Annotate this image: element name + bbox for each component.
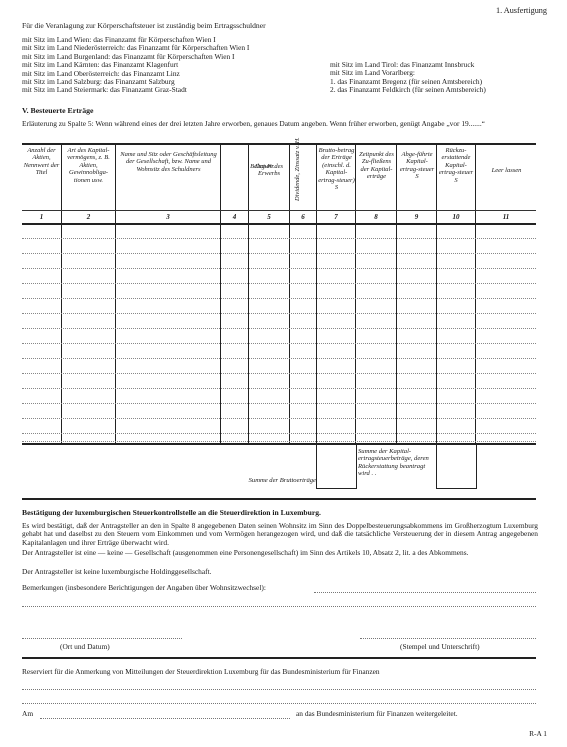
column-divider bbox=[248, 144, 249, 444]
am-label: Am bbox=[22, 710, 33, 719]
confirmation-paragraph-2: Der Antragsteller ist eine — keine — Ges… bbox=[22, 549, 538, 557]
column-header-3: Name und Sitz oder Geschäftsleitung der … bbox=[118, 151, 219, 173]
column-header-1: Anzahl der Aktien, Nennwert der Titel bbox=[22, 147, 61, 177]
sum-gross-field[interactable] bbox=[316, 444, 357, 489]
form-code: R-A 1 bbox=[529, 730, 547, 739]
table-row[interactable] bbox=[22, 418, 536, 419]
table-row[interactable] bbox=[22, 403, 536, 404]
column-number: 11 bbox=[476, 213, 536, 221]
column-header-2: Art des Kapital-vermögens, z. B. Aktien,… bbox=[62, 147, 115, 184]
column-divider bbox=[396, 144, 397, 444]
office-item: 2. das Finanzamt Feldkirch (für seinen A… bbox=[330, 86, 486, 94]
table-row[interactable] bbox=[22, 388, 536, 389]
table-row[interactable] bbox=[22, 433, 536, 434]
column-number: 3 bbox=[116, 213, 220, 221]
sum-gross-label: Summe der Bruttoerträge bbox=[218, 477, 320, 484]
table-top-border bbox=[22, 143, 536, 145]
sum-tax-field[interactable] bbox=[436, 444, 477, 489]
remarks-input-line[interactable] bbox=[314, 592, 536, 593]
intro-text: Für die Veranlagung zur Körperschaftsteu… bbox=[22, 22, 266, 31]
number-row-separator bbox=[22, 223, 536, 225]
table-row[interactable] bbox=[22, 313, 536, 314]
column-header-11: Leer lassen bbox=[477, 167, 536, 174]
header-separator bbox=[22, 210, 536, 211]
column-header-6: Dividende, Zinssatz v. H. bbox=[294, 147, 301, 201]
table-row[interactable] bbox=[22, 268, 536, 269]
column-header-9: Abge-führte Kapital-ertrag-steuer S bbox=[398, 151, 436, 181]
place-date-caption: (Ort und Datum) bbox=[60, 643, 110, 652]
table-row[interactable] bbox=[22, 343, 536, 344]
table-row[interactable] bbox=[22, 328, 536, 329]
column-number: 5 bbox=[249, 213, 289, 221]
column-divider bbox=[115, 144, 116, 444]
column-number: 6 bbox=[290, 213, 316, 221]
column-header-7: Brutto-betrag der Erträge (einschl. d. K… bbox=[318, 147, 355, 191]
office-list-right: mit Sitz im Land Tirol: das Finanzamt In… bbox=[330, 61, 486, 95]
table-bottom-border bbox=[22, 498, 536, 500]
remarks-label: Bemerkungen (insbesondere Berichtigungen… bbox=[22, 584, 266, 593]
confirmation-title: Bestätigung der luxemburgischen Steuerko… bbox=[22, 509, 321, 518]
reserved-label: Reserviert für die Anmerkung von Mitteil… bbox=[22, 668, 538, 676]
section-separator bbox=[22, 657, 536, 659]
office-list-left: mit Sitz im Land Wien: das Finanzamt für… bbox=[22, 36, 249, 95]
stamp-caption: (Stempel und Unterschrift) bbox=[400, 643, 480, 652]
confirmation-paragraph-1: Es wird bestätigt, daß der Antragsteller… bbox=[22, 522, 538, 547]
column-divider bbox=[436, 144, 437, 444]
column-number: 8 bbox=[356, 213, 396, 221]
column-divider bbox=[475, 144, 476, 444]
column-number: 9 bbox=[397, 213, 436, 221]
office-item: mit Sitz im Land Steiermark: das Finanza… bbox=[22, 86, 249, 94]
table-row[interactable] bbox=[22, 238, 536, 239]
table-row[interactable] bbox=[22, 358, 536, 359]
reserved-input-line-2[interactable] bbox=[22, 703, 536, 704]
forwarded-text: an das Bundesministerium für Finanzen we… bbox=[296, 710, 458, 719]
place-date-input-line[interactable] bbox=[22, 638, 182, 639]
table-row[interactable] bbox=[22, 373, 536, 374]
confirmation-paragraph-3: Der Antragsteller ist keine luxemburgisc… bbox=[22, 568, 538, 576]
section-title: V. Besteuerte Erträge bbox=[22, 107, 94, 116]
table-row[interactable] bbox=[22, 283, 536, 284]
column-header-8: Zeitpunkt des Zu-fließens der Kapital-er… bbox=[357, 151, 396, 181]
column-number: 10 bbox=[437, 213, 475, 221]
table-row[interactable] bbox=[22, 298, 536, 299]
reserved-input-line-1[interactable] bbox=[22, 689, 536, 690]
column-header-5: Datum des Erwerbs bbox=[250, 163, 288, 178]
table-row[interactable] bbox=[22, 253, 536, 254]
copy-label: 1. Ausfertigung bbox=[496, 6, 547, 15]
column-divider bbox=[61, 144, 62, 444]
column-number: 4 bbox=[221, 213, 248, 221]
table-row[interactable] bbox=[22, 441, 536, 442]
column-number: 1 bbox=[22, 213, 61, 221]
column-divider bbox=[220, 144, 221, 444]
column-explanation: Erläuterung zu Spalte 5: Wenn während ei… bbox=[22, 120, 542, 129]
am-date-input-line[interactable] bbox=[40, 718, 290, 719]
income-table: Anzahl der Aktien, Nennwert der Titel Ar… bbox=[22, 143, 536, 503]
column-divider bbox=[289, 144, 290, 444]
stamp-signature-line[interactable] bbox=[360, 638, 536, 639]
column-header-10: Rückzu-erstattende Kapital-ertrag-steuer… bbox=[437, 147, 475, 184]
column-divider bbox=[355, 144, 356, 444]
sum-tax-label: Summe der Kapital-ertragsteuerbeträge, d… bbox=[358, 448, 436, 478]
column-number: 7 bbox=[317, 213, 355, 221]
remarks-input-line-2[interactable] bbox=[22, 606, 536, 607]
column-number: 2 bbox=[62, 213, 115, 221]
